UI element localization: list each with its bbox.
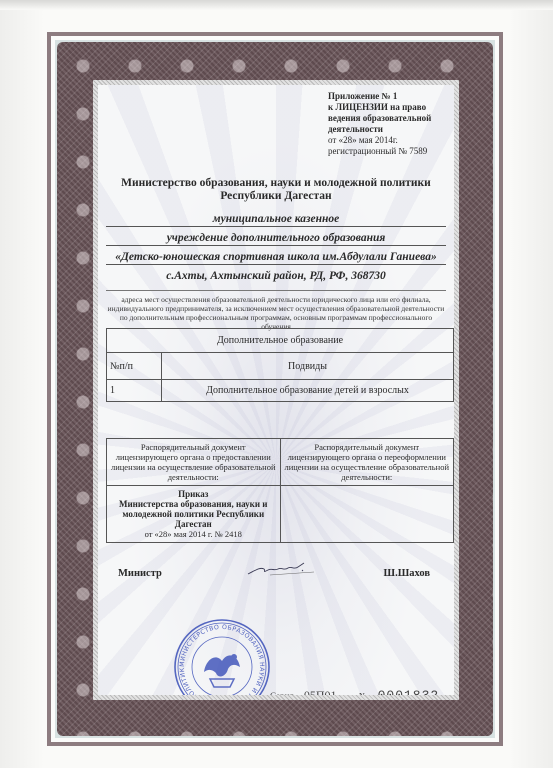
order-title: Приказ [109, 489, 278, 499]
order-issuer-line-1: Министерства образования, науки и [109, 499, 278, 509]
education-table: Дополнительное образование №п/п Подвиды … [106, 328, 454, 402]
order-issuer-line-2: молодежной политики Республики Дагестан [109, 509, 278, 529]
order-date-number: от «28» мая 2014 г. № 2418 [109, 529, 278, 539]
org-name: «Детско-юношеская спортивная школа им.Аб… [106, 250, 446, 265]
row-subtype: Дополнительное образование детей и взрос… [162, 380, 454, 402]
inner-frame: Приложение № 1 к ЛИЦЕНЗИИ на право веден… [93, 80, 459, 700]
education-type-title: Дополнительное образование [107, 329, 454, 353]
column-header-number: №п/п [107, 353, 162, 380]
document-content: Приложение № 1 к ЛИЦЕНЗИИ на право веден… [98, 85, 454, 695]
grant-document-header: Распорядительный документ лицензирующего… [107, 439, 281, 486]
appendix-line-4: деятельности [328, 124, 448, 135]
number-label: № [359, 691, 368, 695]
reissue-document-header: Распорядительный документ лицензирующего… [280, 439, 454, 486]
org-line-1: муниципальное казенное [106, 212, 446, 227]
issuer-line-1: Министерство образования, науки и молоде… [98, 177, 454, 190]
address-note: адреса мест осуществления образовательно… [106, 290, 446, 331]
signer-position: Министр [118, 568, 162, 579]
appendix-line-3: ведения образовательной [328, 113, 448, 124]
appendix-line-2: к ЛИЦЕНЗИИ на право [328, 102, 448, 113]
registration-number: регистрационный № 7589 [328, 146, 448, 157]
appendix-header: Приложение № 1 к ЛИЦЕНЗИИ на право веден… [328, 91, 448, 157]
form-number: 0001832 [378, 688, 440, 695]
table-row: 1 Дополнительное образование детей и взр… [107, 380, 454, 402]
grant-order: Приказ Министерства образования, науки и… [107, 486, 281, 543]
eagle-emblem-icon [204, 654, 240, 687]
license-appendix-certificate: Приложение № 1 к ЛИЦЕНЗИИ на право веден… [47, 32, 503, 746]
appendix-date: от «28» мая 2014г. [328, 135, 448, 146]
document-panel: Приложение № 1 к ЛИЦЕНЗИИ на право веден… [98, 85, 454, 695]
org-address: с.Ахты, Ахтынский район, РД, РФ, 368730 [106, 269, 446, 283]
series-value: 05П01 [304, 688, 337, 695]
appendix-line-1: Приложение № 1 [328, 91, 448, 102]
column-header-subtypes: Подвиды [162, 353, 454, 380]
form-serial: Серия 05П01 № 0001832 [270, 688, 439, 695]
handwritten-signature [246, 561, 316, 577]
signer-name: Ш.Шахов [384, 568, 430, 579]
reissue-order [280, 486, 454, 543]
scan-top-edge [0, 0, 553, 10]
administrative-documents-table: Распорядительный документ лицензирующего… [106, 438, 454, 543]
issuing-authority: Министерство образования, науки и молоде… [98, 177, 454, 203]
stamp-text: МИНИСТЕРСТВО ОБРАЗОВАНИЯ НАУКИ И МОЛОДЕЖ… [172, 617, 265, 695]
series-label: Серия [270, 691, 294, 695]
svg-text:МИНИСТЕРСТВО ОБРАЗОВАНИЯ НАУКИ: МИНИСТЕРСТВО ОБРАЗОВАНИЯ НАУКИ И МОЛОДЕЖ… [172, 617, 265, 695]
org-line-2: учреждение дополнительного образования [106, 231, 446, 246]
issuer-line-2: Республики Дагестан [98, 190, 454, 203]
official-seal-stamp: МИНИСТЕРСТВО ОБРАЗОВАНИЯ НАУКИ И МОЛОДЕЖ… [172, 617, 272, 695]
row-number: 1 [107, 380, 162, 402]
